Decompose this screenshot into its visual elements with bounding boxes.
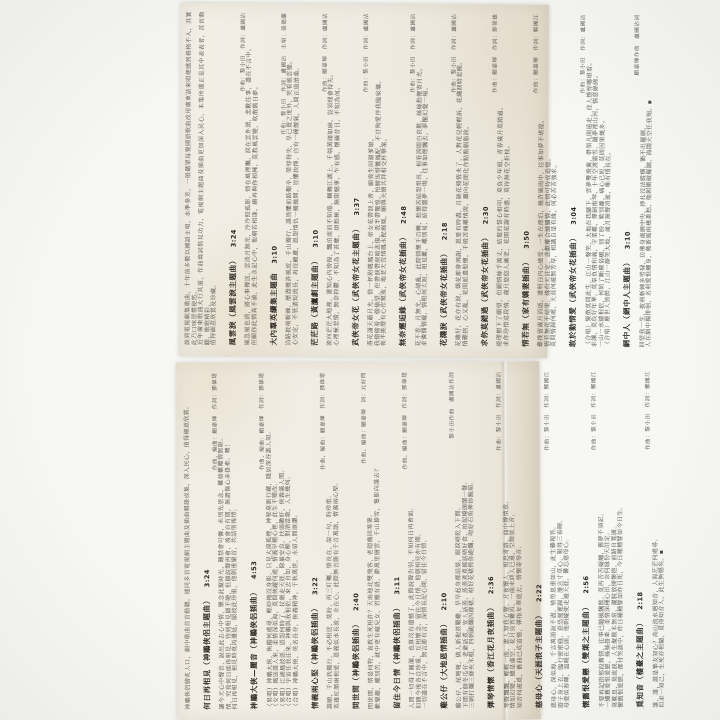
song-duration: 3:10: [311, 229, 319, 247]
lyric-line: 歡樂趣，離別苦，就中更有癡兒女，君應有語，渺萬里層雲，千山暮雪，隻影向誰去？: [374, 371, 382, 709]
intro-line: 神鵰俠侶膾炙人口，劇中歌曲首首動聽，連同多首電視劇主題曲及插曲輯錄成集，深入民心…: [184, 372, 192, 710]
song-title-line: 求你莫錯過（武俠帝女花插曲）2:30: [472, 13, 493, 347]
song-title: 花濺淚（武俠帝女花插曲）: [439, 249, 449, 346]
lyric-line: 求你珍惜這段情，歲月悠悠人漸老，花開花謝有時盡，莫待無花空折枝。: [504, 13, 512, 347]
song-entry: 花濺淚（武俠帝女花插曲）2:18作曲：黎小田 作詞：盧國沾花雖好，花亦有淚，嬌花…: [431, 12, 471, 346]
scan-background: { "document": { "kind": "scanned lyric s…: [0, 0, 720, 720]
song-title-line: 何日再相見（神鵰俠侶主題曲）3:24: [193, 372, 213, 710]
song-title: 武俠帝女花（武俠帝女花主題曲）: [351, 224, 361, 346]
song-title-line: 花濺淚（武俠帝女花插曲）2:18: [431, 12, 452, 346]
song-title: 何日再相見（神鵰俠侶主題曲）: [202, 596, 211, 709]
song-title: 茫茫路（黃鷹劇主題曲）: [310, 257, 319, 346]
lyric-line: （合唱）神鵰大俠，英名長存，俠義精神，千秋萬世，永留人間頌讚。: [292, 371, 300, 709]
lyric-line: 但求一知己，生死亦相隨，覓得知音人，此生無憾矣。▪: [658, 370, 666, 708]
song-entry: 網中人（網中人主題曲）3:10顧嘉煇作曲 盧國沾詞回望我一生，披荊斬棘多勞碌，彷…: [614, 13, 654, 347]
song-title-line: 無奈邂逅緣（武俠帝女花插曲）2:48: [390, 12, 411, 346]
page-content-rotated: 神鵰俠侶膾炙人口，劇中歌曲首首動聽，連同多首電視劇主題曲及插曲輯錄成集，深入民心…: [184, 370, 535, 710]
song-entry: 茫茫路（黃鷹劇主題曲）3:10作曲：顧嘉煇 作詞：盧國沾流向茫茫大地裡，誰知心內…: [302, 12, 342, 346]
lyric-line: 懷舊恨愛戀，都付笑談中，昨日種種譬如昨日死，今日種種譬如今日生。: [617, 370, 625, 708]
song-duration: 2:40: [352, 593, 360, 611]
song-title: 慈母心（天涯浪子主題曲）: [534, 611, 543, 708]
song-title: 無奈邂逅緣（武俠帝女花插曲）: [398, 233, 408, 346]
song-entry: 覓知音（樓臺之主題曲）2:18作曲：黎小田 作詞：鄭國江誰，誰，誰是摯友知心？高…: [626, 370, 666, 708]
song-entry: 風雲淚（風雲淚主題曲）3:24作曲：黎小田 作詞：盧國沾風急風也清，將心事傳送，…: [220, 11, 260, 345]
song-title-line: 神鵰大俠—麗音（神鵰俠侶插曲）4:53: [241, 371, 261, 709]
song-title-line: 情若無（家有嬌妻插曲）3:50: [513, 13, 534, 347]
song-duration: 4:53: [250, 561, 258, 579]
song-entry: 情義兩心堅（神鵰俠侶插曲）3:22作曲、編曲：顧嘉煇 作詞：鄧偉雄誰願，千山我獨…: [301, 371, 341, 709]
song-duration: 2:56: [582, 576, 590, 594]
lyric-line: 人在網中獨徘徊，名利愛恨纏身，幾番風雨幾番愁，他朝衝破羅網，海闊天空任我翔。▪: [646, 13, 654, 347]
lyric-line: 母愛似春暉，溫暖在心頭，他朝縱使走遍天涯，難忘慈母心。: [564, 370, 572, 708]
song-entry: 懷舊恨愛戀（雙葉之主題曲）2:56作曲：黎小田 作詞：鄭國江不要再記掛那段舊情，…: [573, 370, 626, 708]
song-entry: 雞公仔（大地恩情插曲）2:10黎小田作曲 盧國沾作詞雞公仔，尾彎彎，做人新抱甚艱…: [430, 370, 476, 708]
song-title: 懷舊恨愛戀（雙葉之主題曲）: [582, 603, 591, 708]
page-content-rotated: 談到電視劇集歌曲，十年前多數以國語主唱，水準參差，一般聽眾每覺國語歌曲改用廣東話…: [185, 11, 543, 347]
song-title-line: 大內羣英續集主題曲3:10: [261, 11, 282, 345]
song-title-line: 問世間（神鵰俠侶插曲）2:40: [342, 371, 362, 709]
lyric-line: （合唱）塵世人皆醉，江山一靜笑大地，歲月無聲消逝，唯有情長在。: [605, 13, 613, 347]
song-title-line: 網中人（網中人主題曲）3:10: [614, 13, 635, 347]
song-title-line: 敢於動情愛（武俠帝女花插曲）3:04: [560, 13, 581, 347]
song-entry: 留住今日情（神鵰俠侶插曲）3:11作曲、編曲：顧嘉煇 作詞：鄧偉雄人間一切得了圓…: [383, 371, 429, 709]
song-title: 雞公仔（大地恩情插曲）: [439, 619, 448, 708]
song-title: 彈琴情懷（香江花月夜插曲）: [487, 603, 496, 708]
song-title: 神鵰大俠—麗音（神鵰俠侶插曲）: [250, 588, 260, 710]
song-duration: 3:22: [311, 577, 319, 595]
song-title: 情若無（家有嬌妻插曲）: [521, 258, 530, 347]
song-title: 求你莫錯過（武俠帝女花插曲）: [480, 233, 490, 346]
song-entry: 敢於動情愛（武俠帝女花插曲）3:04作曲：黎小田 作詞：盧國沾（合唱）聚散莫問此…: [560, 13, 613, 347]
song-entry: 求你莫錯過（武俠帝女花插曲）2:30作曲：顧嘉煇 作詞：鄧偉雄連理樹下了願望，但…: [472, 13, 512, 347]
song-title: 敢於動情愛（武俠帝女花插曲）: [568, 234, 578, 347]
song-duration: 2:48: [400, 206, 408, 224]
intro-paragraph: 神鵰俠侶膾炙人口，劇中歌曲首首動聽，連同多首電視劇主題曲及插曲輯錄成集，深入民心…: [184, 372, 192, 710]
scanned-page-top: 談到電視劇集歌曲，十年前多數以國語主唱，水準參差，一般聽眾每覺國語歌曲改用廣東話…: [179, 3, 549, 358]
song-duration: 2:30: [482, 206, 490, 224]
song-entry: 何日再相見（神鵰俠侶主題曲）3:24作曲、編曲：顧嘉煇 作詞：鄧偉雄讓今天心中聲…: [193, 372, 239, 710]
song-entry: 無奈邂逅緣（武俠帝女花插曲）2:48作曲：黎小田 作詞：盧國沾花不香，月無光，心…: [390, 12, 430, 346]
song-duration: 3:37: [353, 197, 361, 215]
song-duration: 3:10: [270, 245, 278, 263]
song-title-line: 風雲淚（風雲淚主題曲）3:24: [220, 11, 241, 345]
intro-line: 值得細意欣賞及珍藏。: [211, 11, 219, 345]
lyric-line: 莫問情歸何處，天涯何處無芳草，相識自是有緣，何必苦苦強求。: [551, 13, 559, 347]
song-duration: 3:50: [522, 231, 530, 249]
song-title-line: 彈琴情懷（香江花月夜插曲）2:36: [478, 370, 498, 708]
song-entry: 神鵰大俠—麗音（神鵰俠侶插曲）4:53作曲、編曲：顧嘉煇 作詞：鄧偉雄（男唱）神…: [241, 371, 300, 709]
song-title: 問世間（神鵰俠侶插曲）: [351, 620, 360, 709]
song-entry: 彈琴情懷（香江花月夜插曲）2:36作曲：黎小田 作詞：盧國沾琴聲飄飄，輕輕一曲，…: [478, 370, 524, 708]
song-entry: 情若無（家有嬌妻插曲）3:50作曲：顧嘉煇 作詞：鄭國江難挽留歲月消逝，誰明白內…: [513, 13, 560, 347]
lyric-line: 三朝打爛三條夾木棍，四朝跪爛四條裙，咁好花裙俾你跪爛，咁好石角俾你跪崩。: [469, 370, 477, 708]
song-title: 風雲淚（風雲淚主題曲）: [228, 256, 237, 345]
song-title-line: 情義兩心堅（神鵰俠侶插曲）3:22: [301, 371, 321, 709]
song-duration: 2:10: [440, 592, 448, 610]
song-duration: 2:22: [535, 584, 543, 602]
song-title-line: 茫茫路（黃鷹劇主題曲）3:10: [302, 12, 323, 346]
song-title: 覓知音（樓臺之主題曲）: [635, 619, 644, 708]
lyric-line: 知音何處覓，舊曲已成追憶，彈指年華逝去，情懷寄琴音。: [516, 370, 524, 708]
song-duration: 2:36: [488, 576, 496, 594]
song-duration: 3:10: [624, 231, 632, 249]
song-entry: 大內羣英續集主題曲3:10作曲：黎小田 作詞：盧國沾 主唱：張德蘭沿路披荊斬棘，…: [261, 11, 301, 345]
lyric-line: 求憐憫情癡，情根何太短，相見難，離別易，結得噩夢一場，往事如煙飄去，夢醒幻覺一場…: [422, 12, 430, 346]
song-duration: 2:18: [636, 591, 644, 609]
song-title-line: 留住今日情（神鵰俠侶插曲）3:11: [383, 371, 403, 709]
lyric-line: 心裡極悲憤，無奈抑鬱，不知為了甚麼，煩愁極，無限憾事，乍有感，懷緬昔日，不知為何…: [334, 12, 342, 346]
song-title-line: 雞公仔（大地恩情插曲）2:10: [430, 371, 450, 709]
song-title: 網中人（網中人主題曲）: [622, 258, 631, 347]
song-entry: 武俠帝女花（武俠帝女花主題曲）3:37作曲：黎小田 作詞：盧國沾落花滿天蔽月光，…: [343, 12, 390, 346]
song-duration: 3:04: [570, 207, 578, 225]
song-title-line: 懷舊恨愛戀（雙葉之主題曲）2:56: [573, 370, 593, 708]
lyric-line: 夜半挑燈有心作窺妝，地老天荒情鳳永配痴凰，願與夫婿共拜相交杯舉案。: [381, 12, 389, 346]
song-title-line: 覓知音（樓臺之主題曲）2:18: [626, 370, 646, 708]
song-title: 留住今日情（神鵰俠侶插曲）: [392, 604, 401, 709]
intro-paragraph: 談到電視劇集歌曲，十年前多數以國語主唱，水準參差，一般聽眾每覺國語歌曲改用廣東話…: [185, 11, 219, 345]
lyric-line: 英雄紅顏兩相愛，恩義似水長流，永在心，此際無言勝有千言萬語，情義兩心堅。: [333, 371, 341, 709]
song-duration: 3:24: [230, 229, 238, 247]
song-entry: 慈母心（天涯浪子主題曲）2:22作曲：黎小田 作詞：鄭國江慈母心，深似海，千言萬…: [525, 370, 571, 708]
song-title: 情義兩心堅（神鵰俠侶插曲）: [310, 604, 319, 709]
song-title: 大內羣英續集主題曲: [269, 273, 278, 346]
song-duration: 3:11: [393, 576, 401, 594]
scanned-page-bottom: 神鵰俠侶膾炙人口，劇中歌曲首首動聽，連同多首電視劇主題曲及插曲輯錄成集，深入民心…: [176, 361, 541, 720]
song-entry: 問世間（神鵰俠侶插曲）2:40作曲、編曲：顧嘉煇 詞：元好問問世間，情是何物，直…: [342, 371, 382, 709]
lyric-line: 一切盡在不言中，無言勝有言，深情長記心間，留住今日情。: [421, 371, 429, 709]
song-title-line: 武俠帝女花（武俠帝女花主題曲）3:37: [343, 12, 364, 346]
song-duration: 2:18: [441, 222, 449, 240]
song-title-line: 慈母心（天涯浪子主題曲）2:22: [525, 370, 545, 708]
song-duration: 3:24: [203, 569, 211, 587]
lyric-line: 何日再相見，相見時莫再遷延，願彼此珍重，他朝重聚首，共話別後情。: [232, 372, 240, 710]
